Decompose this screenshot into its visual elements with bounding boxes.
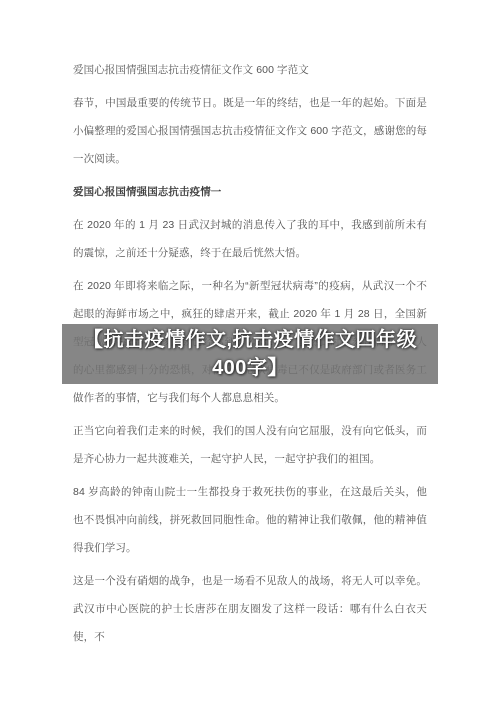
paragraph-nation-unity: 正当它向着我们走来的时候，我们的国人没有向它屈服，没有向它低头，而是齐心协力一起… <box>73 417 427 473</box>
article-body: 爱国心报国情强国志抗击疫情征文作文 600 字范文 春节，中国最重要的传统节日。… <box>62 0 438 706</box>
paragraph-wuhan-lockdown: 在 2020 年的 1 月 23 日武汉封城的消息传入了我的耳中，我感到前所未有… <box>73 211 427 267</box>
watermark-banner: 【抗击疫情作文,抗击疫情作文四年级400字】 <box>62 324 438 384</box>
essay-section-heading: 爱国心报国情强国志抗击疫情一 <box>73 178 427 206</box>
watermark-text: 【抗击疫情作文,抗击疫情作文四年级400字】 <box>78 326 422 382</box>
page-title: 爱国心报国情强国志抗击疫情征文作文 600 字范文 <box>73 56 427 84</box>
paragraph-smokeless-war: 这是一个没有硝烟的战争，也是一场看不见敌人的战场，将无人可以幸免。武汉市中心医院… <box>73 567 427 651</box>
intro-paragraph: 春节，中国最重要的传统节日。既是一年的终结，也是一年的起始。下面是小偏整理的爱国… <box>73 89 427 173</box>
article-page: { "content": { "title": "爱国心报国情强国志抗击疫情征文… <box>0 0 500 706</box>
paragraph-zhongnanshan: 84 岁高龄的钟南山院士一生都投身于救死扶伤的事业，在这最后关头，他也不畏惧冲向… <box>73 478 427 562</box>
